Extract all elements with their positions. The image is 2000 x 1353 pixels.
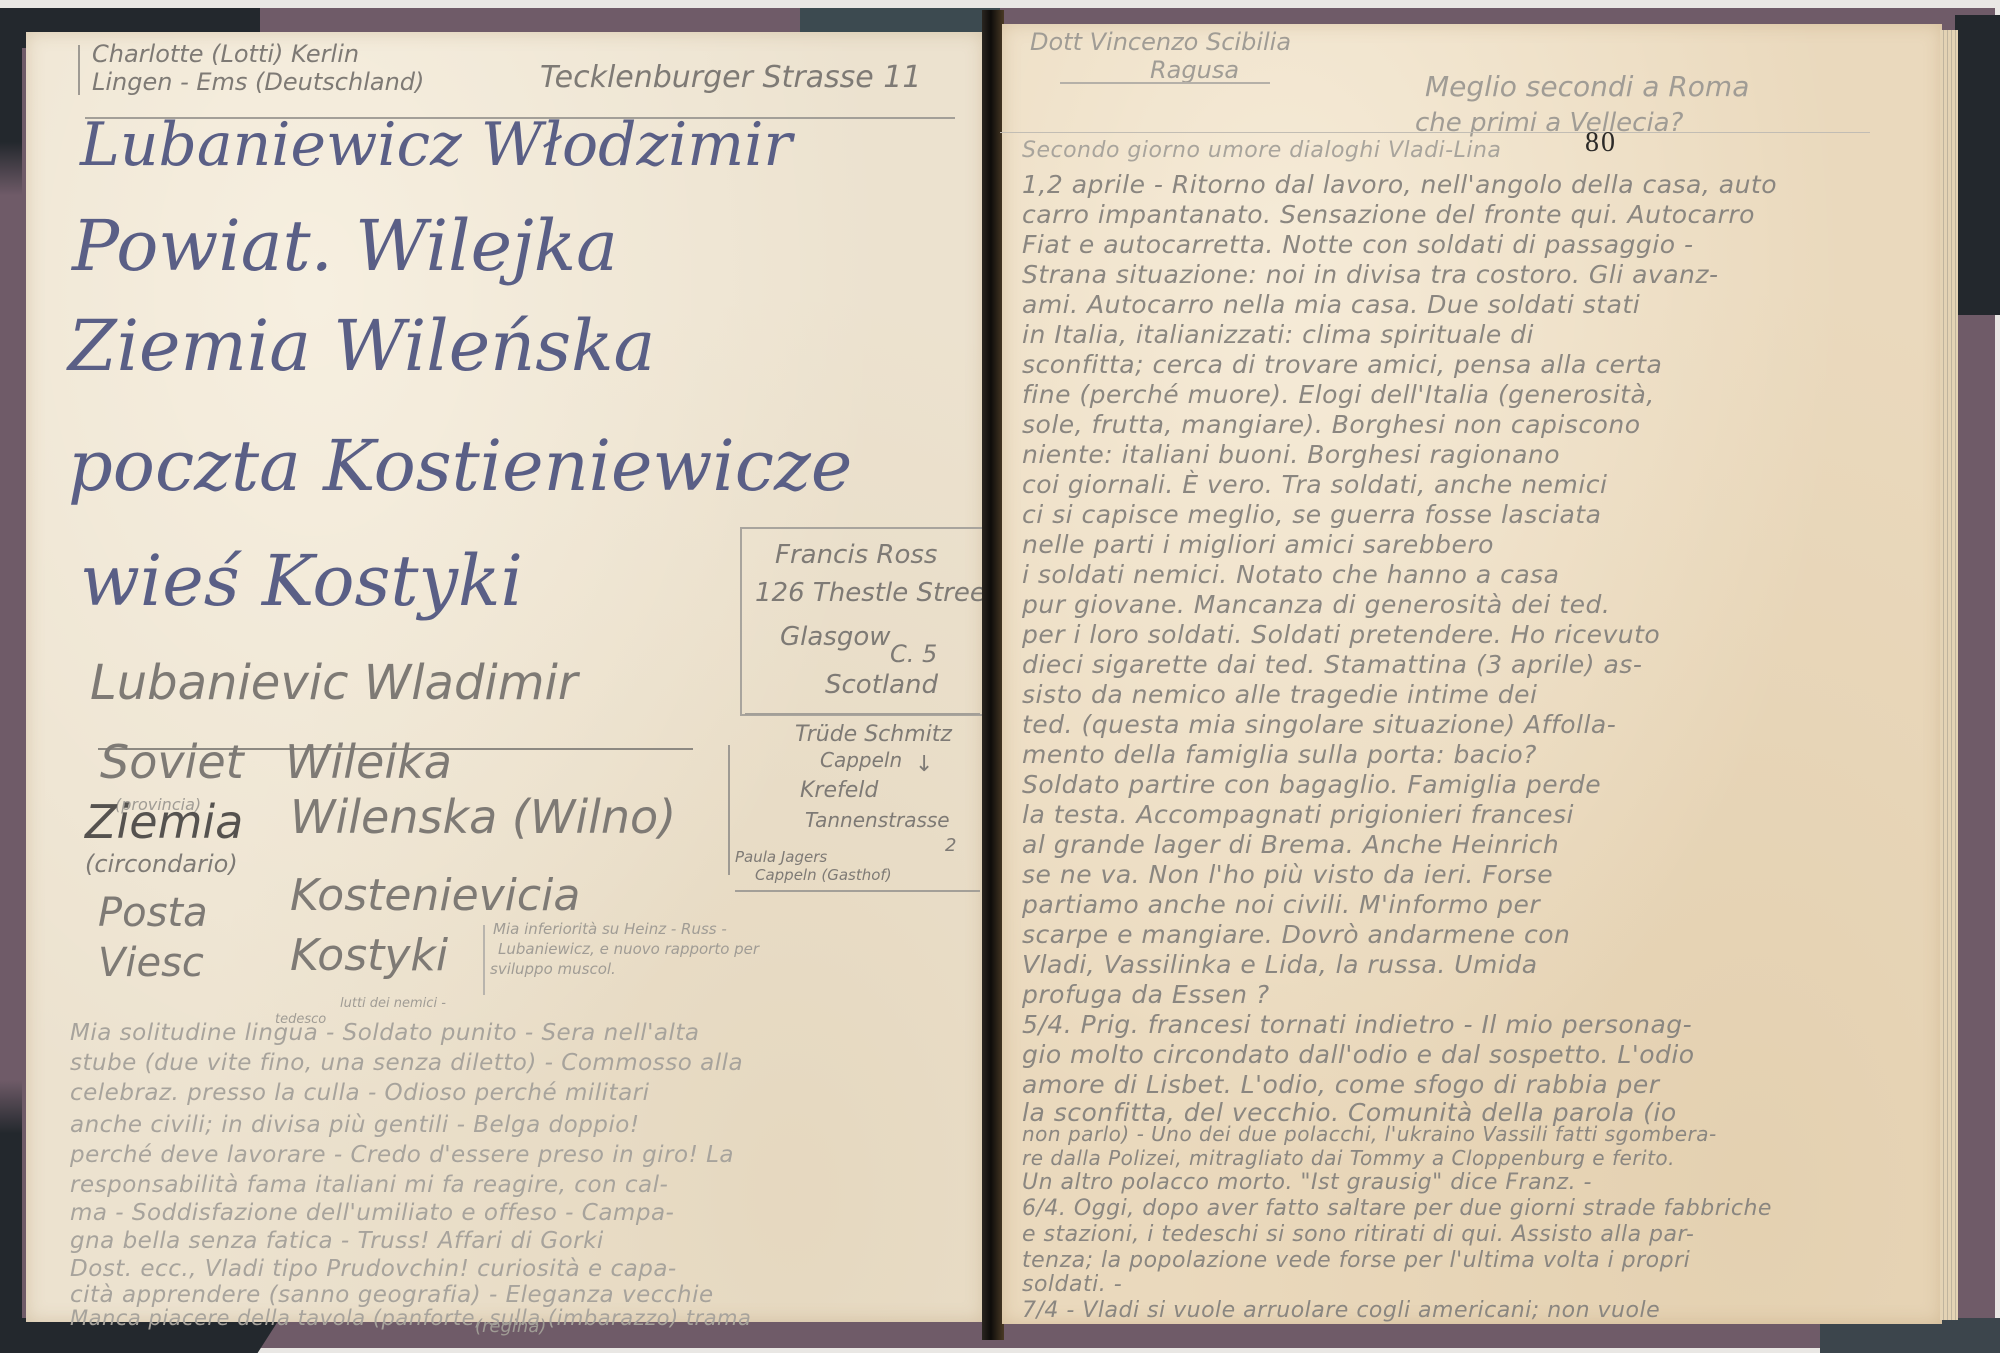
boxed-address-postcode: C. 5 bbox=[890, 640, 937, 668]
address-bracket bbox=[728, 745, 730, 875]
diary-line: dieci sigarette dai ted. Stamattina (3 a… bbox=[1022, 650, 1642, 679]
note-line: Dost. ecc., Vladi tipo Prudovchin! curio… bbox=[70, 1256, 677, 1282]
blue-address-line: wieś Kostyki bbox=[80, 540, 523, 622]
margin-mark bbox=[78, 45, 80, 95]
second-address-city: Krefeld bbox=[800, 778, 878, 803]
diary-line: per i loro soldati. Soldati pretendere. … bbox=[1022, 620, 1660, 649]
diary-line: nelle parti i migliori amici sarebbero bbox=[1022, 530, 1494, 559]
note-line: stube (due vite fino, una senza diletto)… bbox=[70, 1050, 743, 1076]
boxed-address-street: 126 Thestle Street bbox=[755, 578, 996, 608]
diary-line: re dalla Polizei, mitragliato dai Tommy … bbox=[1022, 1146, 1675, 1170]
address-divider bbox=[745, 713, 980, 715]
diary-line: al grande lager di Brema. Anche Heinrich bbox=[1022, 830, 1559, 859]
pencil-address-name: Lubanievic Wladimir bbox=[90, 655, 578, 711]
note-line: Manca piacere della tavola (panforte, su… bbox=[70, 1306, 751, 1330]
boxed-address-city: Glasgow bbox=[780, 622, 891, 652]
diary-line: i soldati nemici. Notato che hanno a cas… bbox=[1022, 560, 1560, 589]
right-motto-line: che primi a Vellecia? bbox=[1415, 108, 1683, 138]
blue-address-line: Ziemia Wileńska bbox=[68, 305, 655, 387]
row-value: Wileika bbox=[285, 735, 452, 789]
diary-line: coi giornali. È vero. Tra soldati, anche… bbox=[1022, 470, 1607, 499]
third-address-name: Paula Jagers bbox=[735, 848, 827, 866]
diary-line: 1,2 aprile - Ritorno dal lavoro, nell'an… bbox=[1022, 170, 1777, 199]
diary-line: in Italia, italianizzati: clima spiritua… bbox=[1022, 320, 1534, 349]
note-line: cità apprendere (sanno geografia) - Eleg… bbox=[70, 1282, 714, 1308]
side-note-line: Mia inferiorità su Heinz - Russ - bbox=[493, 920, 727, 938]
diary-line: mento della famiglia sulla porta: bacio? bbox=[1022, 740, 1537, 769]
note-line: celebraz. presso la culla - Odioso perch… bbox=[70, 1080, 650, 1106]
right-header-rule bbox=[1060, 82, 1270, 84]
address-divider bbox=[735, 890, 980, 892]
second-address-street: Tannenstrasse bbox=[805, 808, 950, 832]
blue-address-line: poczta Kostieniewicze bbox=[68, 425, 852, 507]
blue-address-line: Lubaniewicz Włodzimir bbox=[80, 110, 792, 180]
boxed-address-country: Scotland bbox=[825, 670, 938, 700]
right-header-name: Dott Vincenzo Scibilia bbox=[1030, 28, 1291, 56]
note-line: perché deve lavorare - Credo d'essere pr… bbox=[70, 1142, 734, 1168]
diary-line: se ne va. Non l'ho più visto da ieri. Fo… bbox=[1022, 860, 1553, 889]
book-gutter bbox=[982, 10, 1004, 1340]
diary-line: partiamo anche noi civili. M'informo per bbox=[1022, 890, 1540, 919]
diary-line: ted. (questa mia singolare situazione) A… bbox=[1022, 710, 1616, 739]
diary-line: amore di Lisbet. L'odio, come sfogo di r… bbox=[1022, 1070, 1660, 1099]
diary-line: 5/4. Prig. francesi tornati indietro - I… bbox=[1022, 1010, 1692, 1039]
diary-line: ami. Autocarro nella mia casa. Due solda… bbox=[1022, 290, 1640, 319]
diary-line: sisto da nemico alle tragedie intime dei bbox=[1022, 680, 1537, 709]
row-label: Viesc bbox=[98, 940, 204, 986]
right-motto-line: Meglio secondi a Roma bbox=[1425, 70, 1749, 103]
diary-line: la testa. Accompagnati prigionieri franc… bbox=[1022, 800, 1574, 829]
diary-line: 6/4. Oggi, dopo aver fatto saltare per d… bbox=[1022, 1196, 1772, 1221]
diary-line: tenza; la popolazione vede forse per l'u… bbox=[1022, 1248, 1690, 1273]
note-line: anche civili; in divisa più gentili - Be… bbox=[70, 1112, 640, 1138]
diary-line: carro impantanato. Sensazione del fronte… bbox=[1022, 200, 1755, 229]
diary-line: 7/4 - Vladi si vuole arruolare cogli ame… bbox=[1022, 1298, 1660, 1323]
right-header-rule bbox=[1000, 132, 1870, 133]
second-address-line2: Cappeln bbox=[820, 748, 902, 772]
page-number: 80 bbox=[1585, 127, 1617, 159]
row-label: Ziemia bbox=[85, 795, 243, 849]
diary-line: e stazioni, i tedeschi si sono ritirati … bbox=[1022, 1222, 1694, 1247]
diary-line: soldati. - bbox=[1022, 1272, 1122, 1297]
diary-line: Secondo giorno umore dialoghi Vladi-Lina bbox=[1022, 138, 1501, 163]
diary-line: non parlo) - Uno dei due polacchi, l'ukr… bbox=[1022, 1122, 1717, 1146]
diary-line: pur giovane. Mancanza di generosità dei … bbox=[1022, 590, 1610, 619]
right-header-city: Ragusa bbox=[1150, 56, 1239, 84]
note-subscript: (regina) bbox=[475, 1316, 546, 1337]
diary-line: gio molto circondato dall'odio e dal sos… bbox=[1022, 1040, 1695, 1069]
diary-line: sconfitta; cerca di trovare amici, pensa… bbox=[1022, 350, 1662, 379]
second-address-name: Trüde Schmitz bbox=[795, 722, 952, 747]
boxed-address-name: Francis Ross bbox=[775, 540, 937, 570]
diary-line: ci si capisce meglio, se guerra fosse la… bbox=[1022, 500, 1601, 529]
note-line: gna bella senza fatica - Truss! Affari d… bbox=[70, 1228, 604, 1254]
cover-cloth-top bbox=[800, 8, 1000, 32]
third-address-line2: Cappeln (Gasthof) bbox=[755, 866, 892, 884]
second-address-number: 2 bbox=[945, 835, 956, 856]
diary-line: Vladi, Vassilinka e Lida, la russa. Umid… bbox=[1022, 950, 1538, 979]
row-label: Posta bbox=[98, 890, 208, 936]
page-edges bbox=[1940, 30, 1958, 1320]
note-line: responsabilità fama italiani mi fa reagi… bbox=[70, 1172, 668, 1198]
side-note-bracket bbox=[483, 925, 485, 995]
cover-corner-top-right bbox=[1955, 15, 2000, 315]
note-line: Mia solitudine lingua - Soldato punito -… bbox=[70, 1020, 700, 1046]
row-label-note: (circondario) bbox=[85, 850, 238, 878]
diary-line: Fiat e autocarretta. Notte con soldati d… bbox=[1022, 230, 1693, 259]
blue-address-line: Powiat. Wilejka bbox=[72, 205, 618, 287]
side-note-line: sviluppo muscol. bbox=[490, 960, 616, 978]
cover-spine-edge-left bbox=[0, 8, 22, 1348]
row-label: Soviet bbox=[100, 735, 244, 789]
diary-line: Un altro polacco morto. "Ist grausig" di… bbox=[1022, 1170, 1592, 1195]
header-city: Lingen - Ems (Deutschland) bbox=[92, 68, 424, 96]
side-note-line: Lubaniewicz, e nuovo rapporto per bbox=[498, 940, 759, 958]
row-value: Kostyki bbox=[290, 930, 448, 981]
diary-line: Strana situazione: noi in divisa tra cos… bbox=[1022, 260, 1719, 289]
diary-line: fine (perché muore). Elogi dell'Italia (… bbox=[1022, 380, 1655, 409]
diary-line: scarpe e mangiare. Dovrò andarmene con bbox=[1022, 920, 1570, 949]
note-line: ma - Soddisfazione dell'umiliato e offes… bbox=[70, 1200, 674, 1226]
row-value: Wilenska (Wilno) bbox=[290, 790, 676, 844]
interlinear-note: lutti dei nemici - bbox=[340, 996, 446, 1011]
header-street: Tecklenburger Strasse 11 bbox=[540, 60, 921, 95]
diary-line: niente: italiani buoni. Borghesi ragiona… bbox=[1022, 440, 1560, 469]
diary-line: Soldato partire con bagaglio. Famiglia p… bbox=[1022, 770, 1601, 799]
diary-line: sole, frutta, mangiare). Borghesi non ca… bbox=[1022, 410, 1641, 439]
row-value: Kostenievicia bbox=[290, 870, 580, 921]
arrow-down-icon: ↓ bbox=[915, 752, 933, 777]
header-name: Charlotte (Lotti) Kerlin bbox=[92, 40, 359, 68]
diary-line: profuga da Essen ? bbox=[1022, 980, 1270, 1009]
